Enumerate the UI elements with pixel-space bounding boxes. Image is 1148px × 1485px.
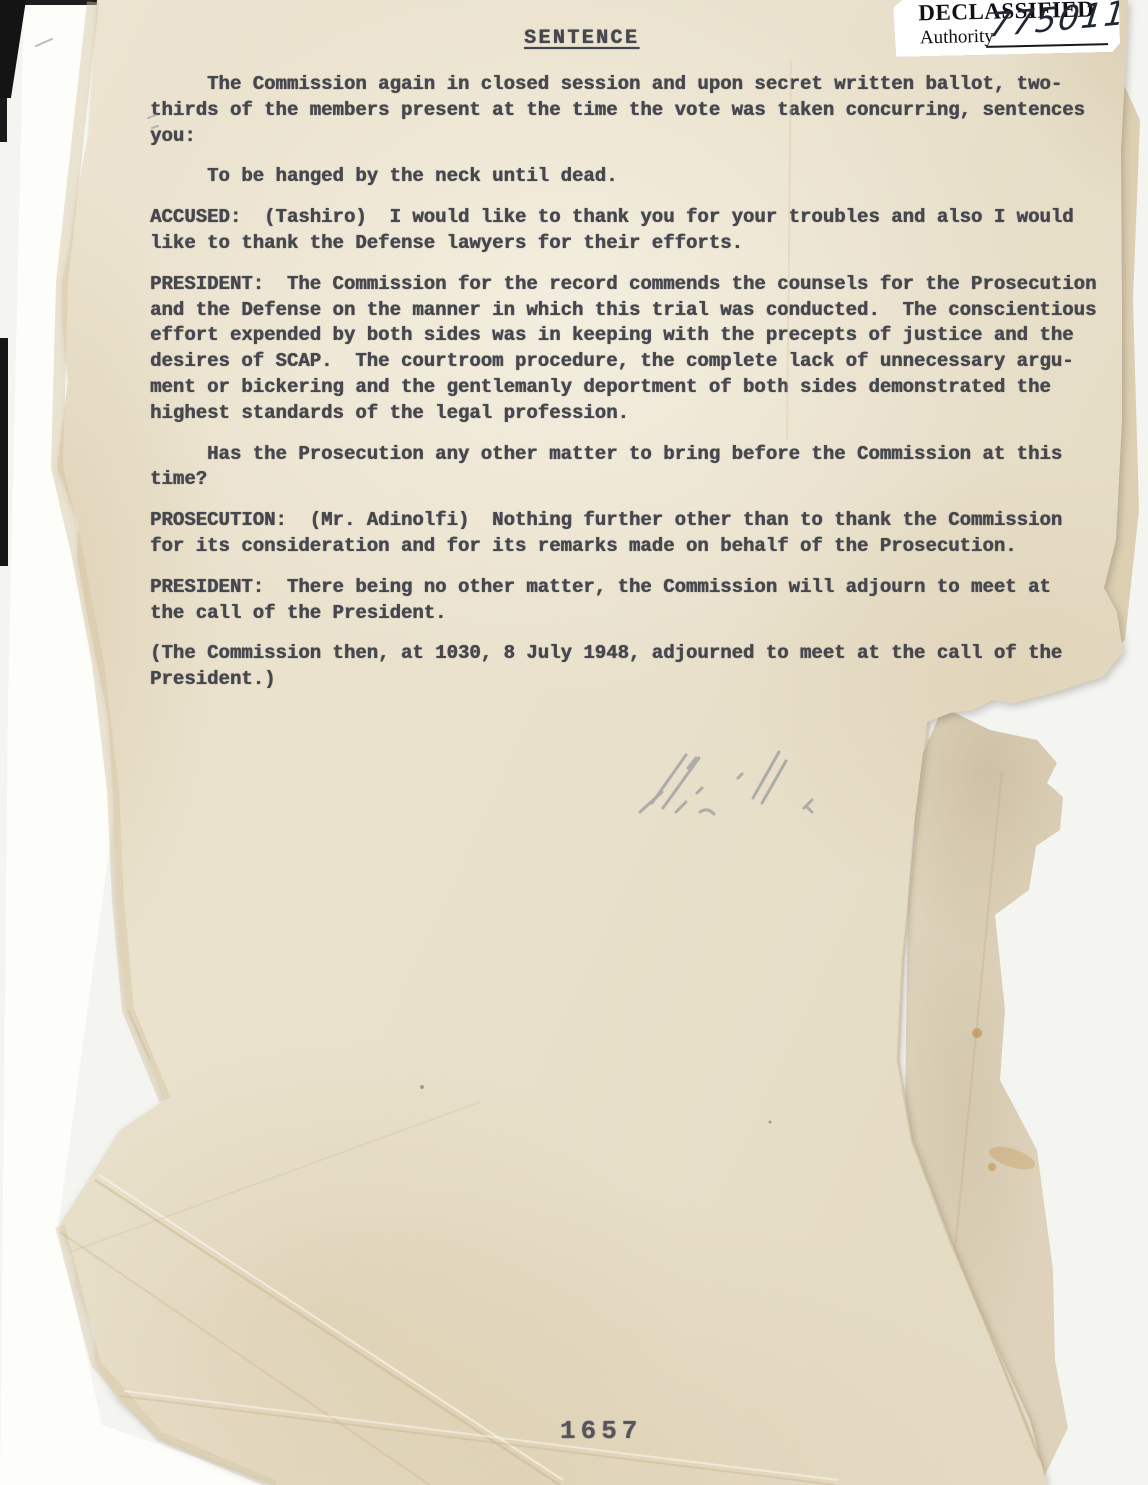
- declassified-stamp: DECLASSIFIED Authority 775011: [893, 0, 1120, 57]
- paragraph: PRESIDENT: There being no other matter, …: [150, 575, 1130, 627]
- scanned-document-page: SENTENCE The Commission again in closed …: [0, 0, 1148, 1485]
- paragraph: PROSECUTION: (Mr. Adinolfi) Nothing furt…: [150, 508, 1130, 560]
- stamp-authority-number: 775011: [987, 0, 1129, 45]
- stamp-underline: [986, 43, 1108, 48]
- document-title: SENTENCE: [524, 27, 639, 50]
- paragraph: Has the Prosecution any other matter to …: [150, 442, 1130, 494]
- paragraph: The Commission again in closed session a…: [150, 72, 1130, 149]
- stamp-authority-label: Authority: [920, 26, 994, 50]
- paragraph: (The Commission then, at 1030, 8 July 19…: [150, 641, 1130, 693]
- paragraph: ACCUSED: (Tashiro) I would like to thank…: [150, 205, 1130, 257]
- page-number: 1657: [560, 1416, 642, 1446]
- paragraph: To be hanged by the neck until dead.: [150, 164, 1130, 190]
- paragraph: PRESIDENT: The Commission for the record…: [150, 272, 1130, 427]
- document-body: The Commission again in closed session a…: [150, 72, 1130, 708]
